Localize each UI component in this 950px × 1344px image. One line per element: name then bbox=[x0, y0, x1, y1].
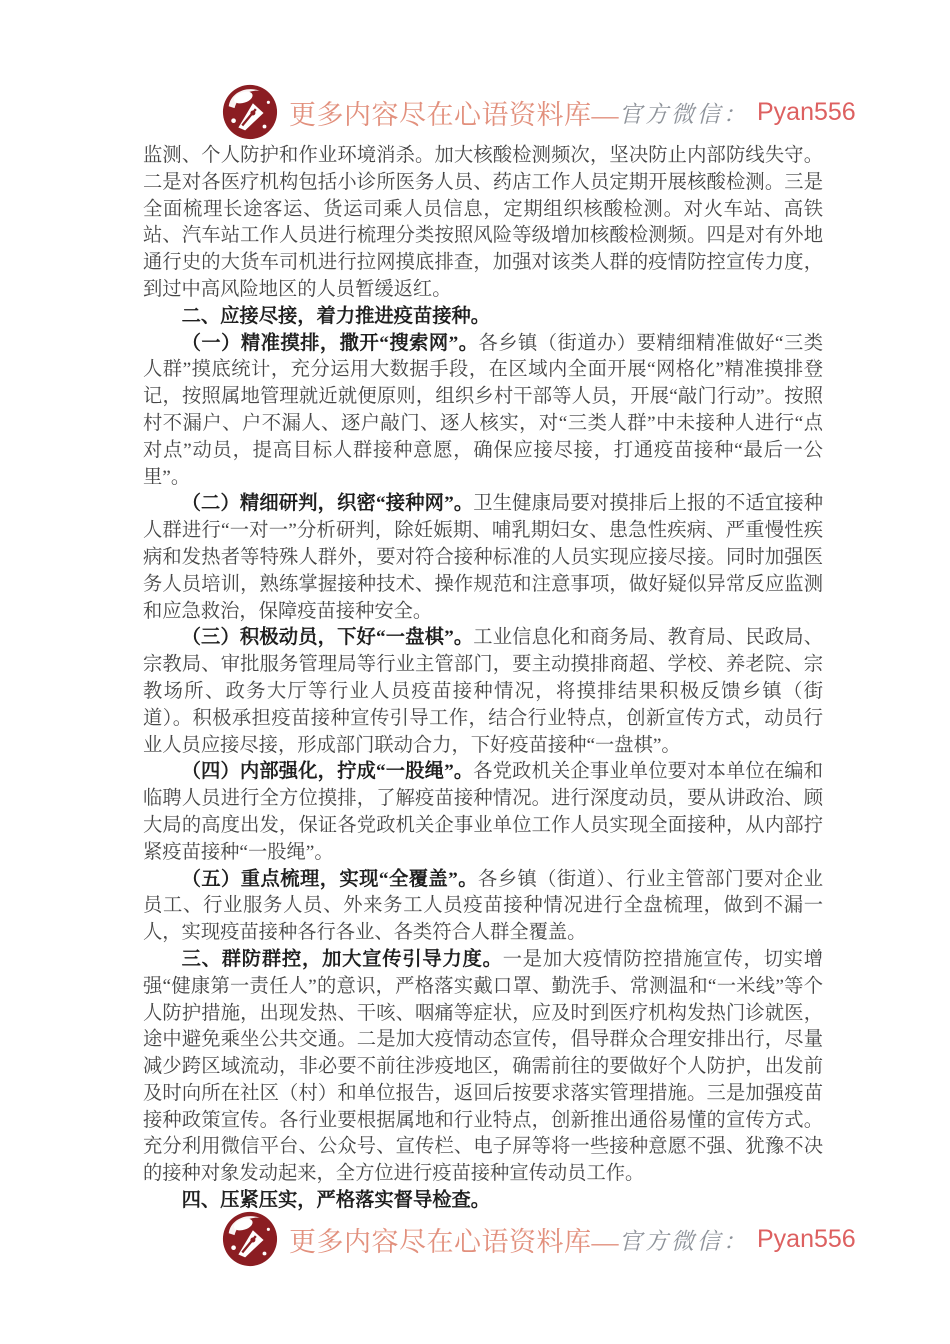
watermark-channel-label: 官方微信： bbox=[619, 96, 749, 129]
paragraph-item-1: （一）精准摸排，撒开“搜索网”。各乡镇（街道办）要精细精准做好“三类人群”摸底统… bbox=[143, 331, 823, 492]
paragraph-lead: （五）重点梳理，实现“全覆盖”。 bbox=[182, 869, 478, 890]
paragraph-text: 各乡镇（街道办）要精细精准做好“三类人群”摸底统计，充分运用大数据手段，在区域内… bbox=[143, 333, 823, 488]
paragraph-lead: （三）积极动员，下好“一盘棋”。 bbox=[182, 627, 474, 648]
paragraph-item-5: （五）重点梳理，实现“全覆盖”。各乡镇（街道）、行业主管部门要对企业员工、行业服… bbox=[143, 867, 823, 947]
document-page: 更多内容尽在心语资料库— 官方微信： Pyan556 监测、个人防护和作业环境消… bbox=[0, 0, 950, 1344]
section-heading-3: 三、群防群控，加大宣传引导力度。一是加大疫情防控措施宣传，切实增强“健康第一责任… bbox=[143, 947, 823, 1188]
paragraph-item-2: （二）精细研判，织密“接种网”。卫生健康局要对摸排后上报的不适宜接种人群进行“一… bbox=[143, 491, 823, 625]
paragraph-lead: 三、群防群控，加大宣传引导力度。 bbox=[182, 949, 503, 970]
paragraph-continuation: 监测、个人防护和作业环境消杀。加大核酸检测频次，坚决防止内部防线失守。二是对各医… bbox=[143, 143, 823, 304]
watermark-wechat-id: Pyan556 bbox=[757, 98, 856, 127]
pen-nib-seal-logo-icon bbox=[221, 83, 279, 141]
paragraph-lead: 四、压紧压实，严格落实督导检查。 bbox=[182, 1190, 491, 1211]
paragraph-lead: 二、应接尽接，着力推进疫苗接种。 bbox=[182, 306, 491, 327]
watermark-wechat-id: Pyan556 bbox=[757, 1225, 856, 1254]
watermark-brand-text: 更多内容尽在心语资料库— bbox=[289, 1220, 619, 1259]
paragraph-text: 一是加大疫情防控措施宣传，切实增强“健康第一责任人”的意识，严格落实戴口罩、勤洗… bbox=[143, 949, 823, 1184]
watermark-brand-text: 更多内容尽在心语资料库— bbox=[289, 93, 619, 132]
watermark-channel-label: 官方微信： bbox=[619, 1223, 749, 1256]
document-body: 监测、个人防护和作业环境消杀。加大核酸检测频次，坚决防止内部防线失守。二是对各医… bbox=[143, 143, 823, 1215]
section-heading-2: 二、应接尽接，着力推进疫苗接种。 bbox=[143, 304, 823, 331]
watermark-footer: 更多内容尽在心语资料库— 官方微信： Pyan556 bbox=[221, 1210, 856, 1268]
paragraph-item-3: （三）积极动员，下好“一盘棋”。工业信息化和商务局、教育局、民政局、宗教局、审批… bbox=[143, 625, 823, 759]
watermark-header: 更多内容尽在心语资料库— 官方微信： Pyan556 bbox=[221, 83, 856, 141]
pen-nib-seal-logo-icon bbox=[221, 1210, 279, 1268]
paragraph-text: 监测、个人防护和作业环境消杀。加大核酸检测频次，坚决防止内部防线失守。二是对各医… bbox=[143, 145, 823, 300]
paragraph-item-4: （四）内部强化，拧成“一股绳”。各党政机关企事业单位要对本单位在编和临聘人员进行… bbox=[143, 759, 823, 866]
paragraph-lead: （二）精细研判，织密“接种网”。 bbox=[182, 493, 474, 514]
paragraph-lead: （四）内部强化，拧成“一股绳”。 bbox=[182, 761, 474, 782]
paragraph-lead: （一）精准摸排，撒开“搜索网”。 bbox=[182, 333, 479, 354]
